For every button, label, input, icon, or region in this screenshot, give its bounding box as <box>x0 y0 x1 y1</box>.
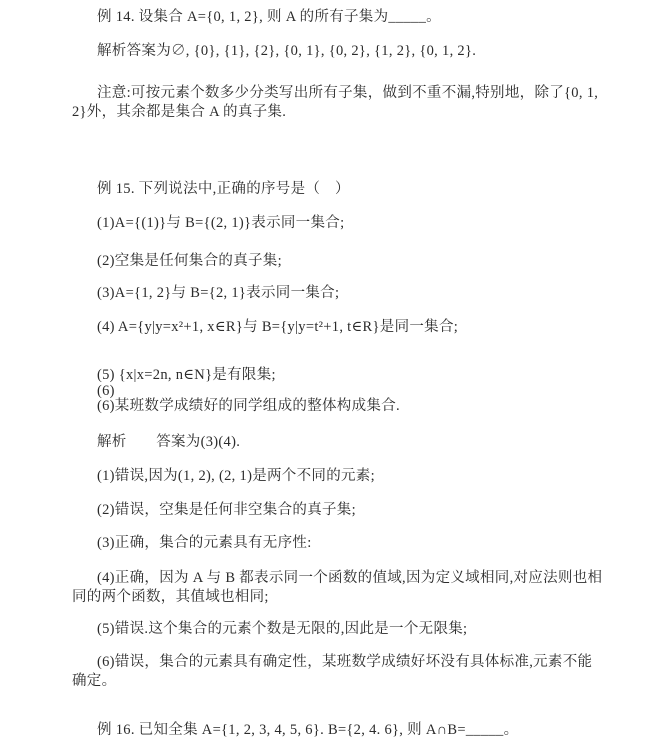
example15-analysis-5: (5)错误.这个集合的元素个数是无限的,因此是一个无限集; <box>72 620 606 639</box>
example14-note: 注意:可按元素个数多少分类写出所有子集，做到不重不漏,特别地，除了{0, 1, … <box>72 84 606 122</box>
document-page: 例 14. 设集合 A={0, 1, 2}, 则 A 的所有子集为_____。 … <box>0 0 648 756</box>
example15-analysis-title: 解析 答案为(3)(4). <box>72 433 606 452</box>
example15-analysis-2: (2)错误，空集是任何非空集合的真子集; <box>72 501 606 520</box>
example15-statement-5: (5) {x|x=2n, n∈N}是有限集; <box>72 367 606 383</box>
example15-analysis-1: (1)错误,因为(1, 2), (2, 1)是两个不同的元素; <box>72 467 606 486</box>
example15-statement-6-stray: (6) <box>72 383 606 399</box>
example14-answer: 解析答案为∅, {0}, {1}, {2}, {0, 1}, {0, 2}, {… <box>72 42 606 61</box>
example16-question: 例 16. 已知全集 A={1, 2, 3, 4, 5, 6}. B={2, 4… <box>72 721 606 740</box>
example15-statement-6: (6)某班数学成绩好的同学组成的整体构成集合. <box>72 398 606 414</box>
example15-analysis-6: (6)错误，集合的元素具有确定性，某班数学成绩好坏没有具体标准,元素不能确定。 <box>72 653 606 691</box>
example15-statement-3: (3)A={1, 2}与 B={2, 1}表示同一集合; <box>72 284 606 303</box>
example15-analysis-4: (4)正确，因为 A 与 B 都表示同一个函数的值域,因为定义域相同,对应法则也… <box>72 569 606 607</box>
example15-question: 例 15. 下列说法中,正确的序号是（ ） <box>72 180 606 199</box>
example15-statement-1: (1)A={(1)}与 B={(2, 1)}表示同一集合; <box>72 214 606 233</box>
example15-analysis-3: (3)正确，集合的元素具有无序性: <box>72 534 606 553</box>
example15-statement-2: (2)空集是任何集合的真子集; <box>72 252 606 271</box>
example14-question: 例 14. 设集合 A={0, 1, 2}, 则 A 的所有子集为_____。 <box>72 8 606 27</box>
example15-statement-4: (4) A={y|y=x²+1, x∈R}与 B={y|y=t²+1, t∈R}… <box>72 318 606 337</box>
